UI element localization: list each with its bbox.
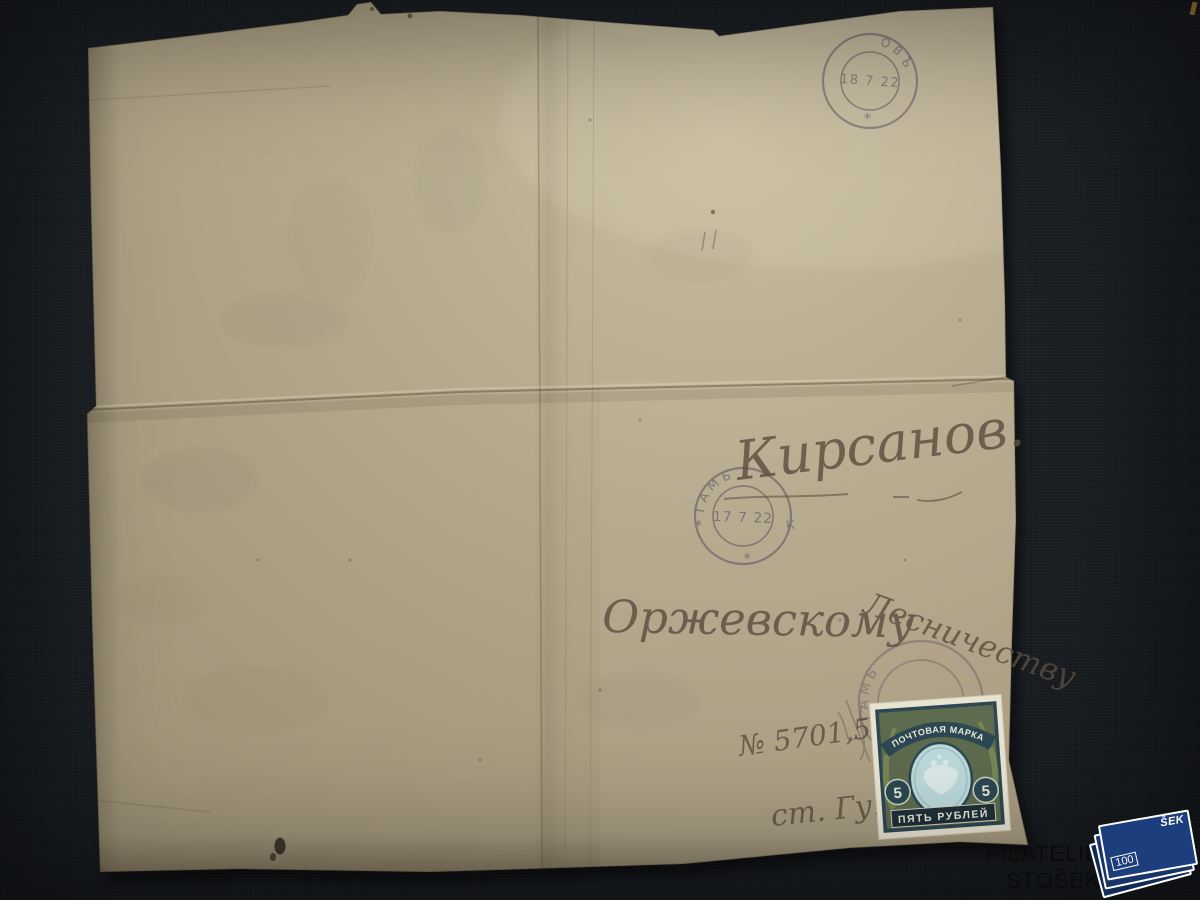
folded-cover-photo: ОВЪ 18 7 22 * ТАМБ К * * 17 7 22 ТАМБ * … <box>0 0 1200 900</box>
logo-sek-label: ŠEK <box>1159 813 1185 829</box>
stamp-value-left: 5 <box>893 785 903 803</box>
watermark-line1: FILATELIE <box>986 841 1101 867</box>
stamp-value-right: 5 <box>981 783 991 801</box>
postage-stamp: ПОЧТОВАЯ МАРКА 5 5 ПЯТЬ РУБЛЕЙ <box>869 695 1010 840</box>
photo-scene: ОВЪ 18 7 22 * ТАМБ К * * 17 7 22 ТАМБ * … <box>0 0 1200 900</box>
postmark-date: 17 7 22 <box>712 509 773 527</box>
logo-100-label: 100 <box>1110 852 1139 872</box>
